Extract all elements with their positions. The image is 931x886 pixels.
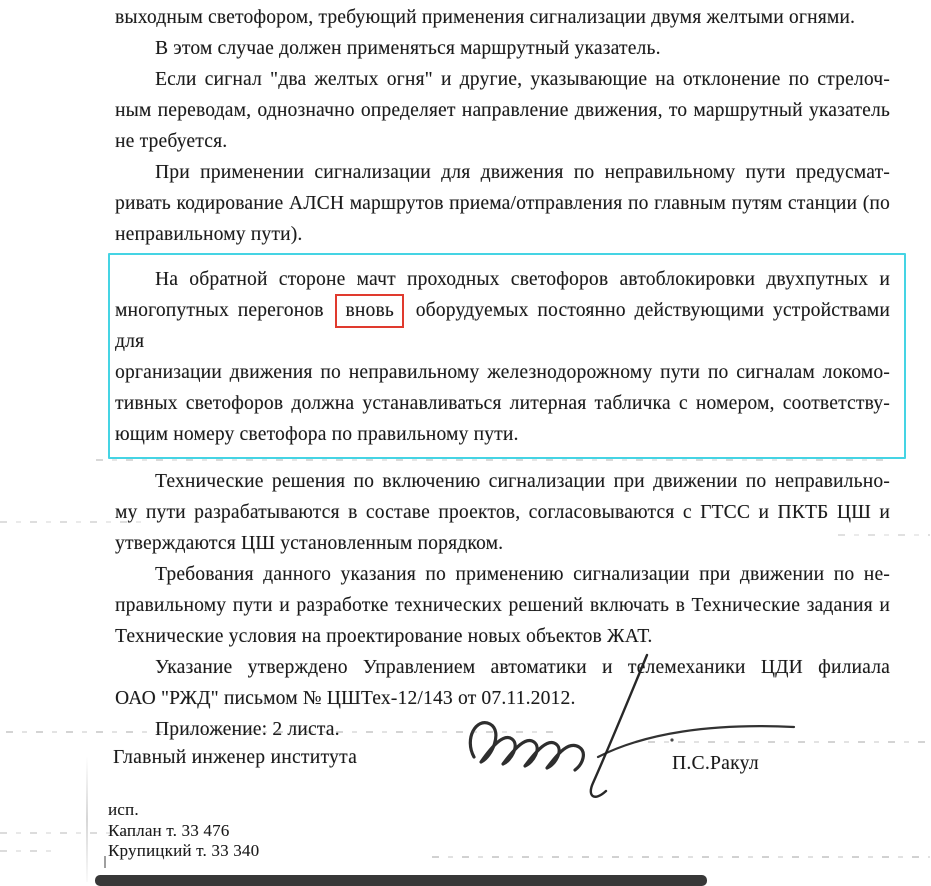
text-line: ным переводам, однозначно определяет нап… — [115, 95, 890, 126]
text-line: выходным светофором, требующий применени… — [115, 2, 890, 33]
paragraph: Требования данного указания по применени… — [115, 559, 890, 652]
scan-artifact-line — [0, 521, 150, 523]
scan-artifact-line — [0, 850, 60, 852]
text-line: тивных светофоров должна устанавливаться… — [115, 388, 890, 419]
paragraph: выходным светофором, требующий применени… — [115, 2, 890, 33]
executor-1: Каплан т. 33 476 — [108, 821, 259, 842]
scan-artifact-line — [838, 534, 930, 536]
document-body: выходным светофором, требующий применени… — [115, 2, 890, 745]
paragraph: Технические решения по включению сигнали… — [115, 466, 890, 559]
paragraph: При применении сигнализации для движения… — [115, 157, 890, 250]
scan-vertical-streak — [86, 756, 88, 882]
text-line: организации движения по неправильному же… — [115, 357, 890, 388]
paragraph: Если сигнал "два желтых огня" и другие, … — [115, 64, 890, 157]
scan-artifact-line — [6, 731, 556, 733]
signature-main-stroke — [591, 655, 647, 797]
text-line: ривать кодирование АЛСН маршрутов приема… — [115, 188, 890, 219]
executor-2: Крупицкий т. 33 340 — [108, 841, 259, 862]
scanned-document-page: выходным светофором, требующий применени… — [0, 0, 931, 886]
text-before-boxed-word: многопутных перегонов — [115, 300, 332, 321]
review-highlight-box: На обратной стороне мачт проходных свето… — [108, 253, 906, 459]
text-line: На обратной стороне мачт проходных свето… — [115, 264, 890, 295]
text-line: Если сигнал "два желтых огня" и другие, … — [115, 64, 890, 95]
text-line: ющим номеру светофора по правильному пут… — [115, 419, 890, 450]
text-line: му пути разрабатываются в составе проект… — [115, 497, 890, 528]
signature-loops — [470, 723, 583, 770]
signer-title: Главный инженер института — [113, 747, 357, 769]
scan-artifact-line — [648, 741, 928, 743]
red-boxed-word: вновь — [335, 294, 404, 328]
text-line: многопутных перегонов вновь оборудуемых … — [115, 295, 890, 357]
scan-artifact-line — [432, 856, 930, 858]
executor-label: исп. — [108, 800, 259, 821]
handwritten-signature — [440, 645, 810, 810]
text-line: неправильному пути). — [115, 219, 890, 250]
text-line: При применении сигнализации для движения… — [115, 157, 890, 188]
text-line: не требуется. — [115, 126, 890, 157]
signer-name: П.С.Ракул — [672, 753, 759, 775]
paragraph: В этом случае должен применяться маршрут… — [115, 33, 890, 64]
scan-artifact-line — [96, 459, 890, 461]
text-line: Технические решения по включению сигнали… — [115, 466, 890, 497]
scan-bottom-bar — [95, 875, 707, 886]
scan-tick-mark — [104, 856, 106, 868]
scan-artifact-line — [0, 832, 140, 834]
text-line: правильному пути и разработке технически… — [115, 590, 890, 621]
text-line: утверждаются ЦШ установленным порядком. — [115, 528, 890, 559]
text-line: Требования данного указания по применени… — [115, 559, 890, 590]
text-line: В этом случае должен применяться маршрут… — [115, 33, 890, 64]
executors-block: исп. Каплан т. 33 476 Крупицкий т. 33 34… — [108, 800, 259, 862]
